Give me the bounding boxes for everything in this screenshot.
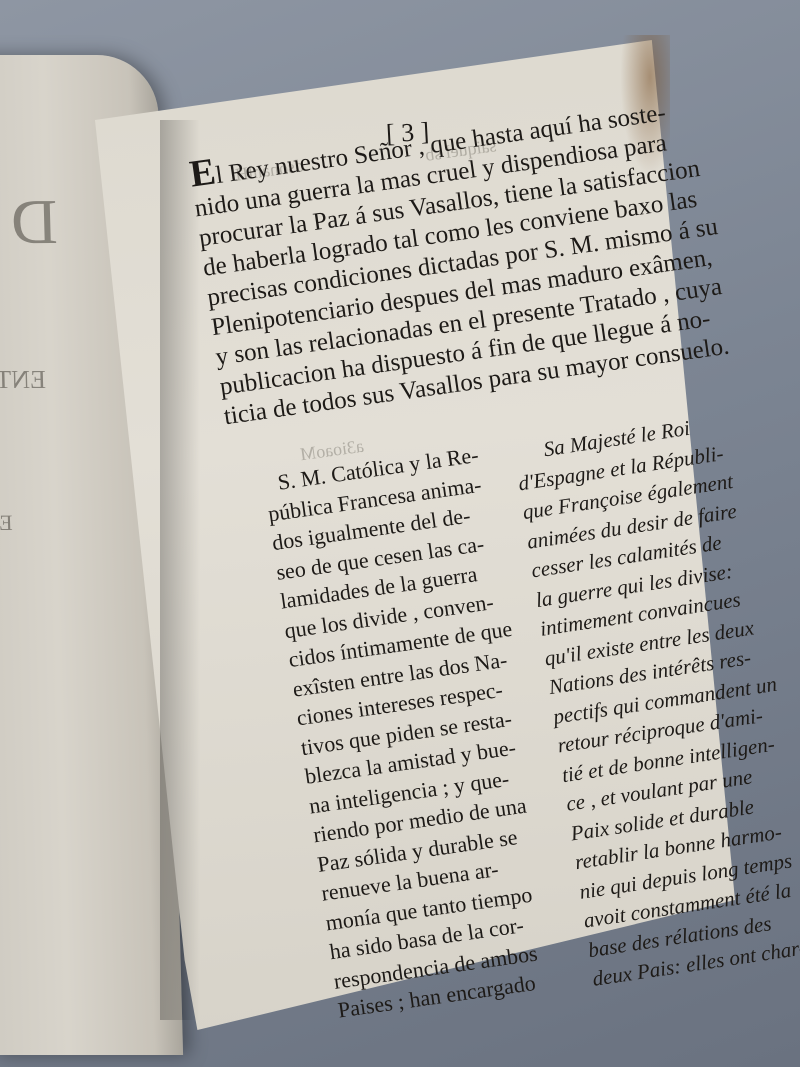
right-page-text: [ 3 ] dsonanlH saiquel sb a3ioaoM El Rey… xyxy=(0,0,800,1067)
intro-paragraph: El Rey nuestro Señor , que hasta aquí ha… xyxy=(188,85,761,432)
drop-cap: E xyxy=(187,151,218,196)
